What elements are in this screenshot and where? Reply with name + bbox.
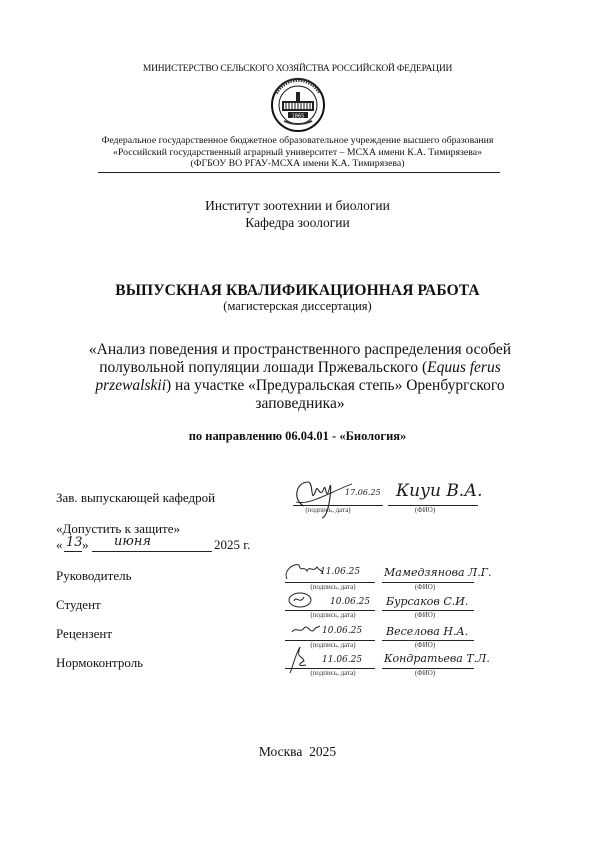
admit-month: июня [114, 534, 151, 549]
admit-month-line [92, 551, 212, 552]
student-signature-icon [288, 591, 314, 609]
topic-line-4: заповедника» [70, 395, 530, 413]
name-handwritten: Мамедзянова Л.Г. [384, 566, 492, 579]
admit-day-line [64, 551, 82, 552]
department-name: Кафедра зоологии [0, 214, 595, 231]
work-subtitle: (магистерская диссертация) [0, 299, 595, 314]
signature-date: 10.06.25 [330, 597, 370, 607]
species-name-part-1: Equus ferus [427, 359, 501, 376]
institute-block: Институт зоотехнии и биологии Кафедра зо… [0, 197, 595, 231]
role-label: Рецензент [56, 626, 112, 642]
signature-date: 11.06.25 [322, 655, 362, 665]
study-direction: по направлению 06.04.01 - «Биология» [0, 429, 595, 444]
topic-text: ) на участке «Предуральская степь» Оренб… [166, 377, 505, 394]
signature-date: 10.06.25 [322, 626, 362, 636]
role-label: Студент [56, 597, 101, 613]
head-signature-caption: (подпись, дата) [293, 506, 363, 514]
signature-caption: (подпись, дата) [298, 583, 368, 591]
work-title: ВЫПУСКНАЯ КВАЛИФИКАЦИОННАЯ РАБОТА [0, 282, 595, 300]
role-label: Руководитель [56, 568, 132, 584]
head-signature-date: 17.06.25 [345, 488, 381, 497]
admit-day: 13 [66, 535, 83, 550]
org-line-abbreviation: (ФГБОУ ВО РГАУ-МСХА имени К.А. Тимирязев… [0, 158, 595, 170]
role-label: Нормоконтроль [56, 655, 143, 671]
reviewer-signature-icon [290, 622, 320, 638]
quote-open: « [56, 537, 63, 552]
head-name-caption: (ФИО) [405, 506, 445, 514]
org-line-university: «Российский государственный аграрный уни… [0, 147, 595, 159]
name-caption: (ФИО) [410, 611, 440, 619]
name-handwritten: Бурсаков С.И. [386, 595, 468, 608]
thesis-topic: «Анализ поведения и пространственного ра… [70, 341, 530, 413]
admit-year: 2025 г. [214, 537, 250, 553]
svg-text:1865: 1865 [292, 114, 305, 120]
admit-date-line: « 13 » июня 2025 г. [56, 537, 276, 553]
name-handwritten: Веселова Н.А. [386, 625, 468, 638]
quote-close: » [82, 537, 89, 553]
topic-line-1: «Анализ поведения и пространственного ра… [70, 341, 530, 359]
signature-caption: (подпись, дата) [298, 669, 368, 677]
signature-caption: (подпись, дата) [298, 611, 368, 619]
city-year: Москва 2025 [0, 744, 595, 760]
topic-line-3: przewalskii) на участке «Предуральская с… [70, 377, 530, 395]
name-caption: (ФИО) [410, 669, 440, 677]
topic-text: полувольной популяции лошади Пржевальско… [99, 359, 427, 376]
supervisor-signature-icon [283, 561, 323, 583]
topic-line-2: полувольной популяции лошади Пржевальско… [70, 359, 530, 377]
university-emblem-icon: 1865 [260, 77, 336, 133]
name-caption: (ФИО) [410, 641, 440, 649]
header-divider [98, 172, 500, 173]
head-of-department-label: Зав. выпускающей кафедрой [56, 490, 215, 506]
signature-date: 11.06.25 [320, 567, 360, 577]
ministry-heading: МИНИСТЕРСТВО СЕЛЬСКОГО ХОЗЯЙСТВА РОССИЙС… [0, 64, 595, 74]
name-handwritten: Кондратьева Т.Л. [384, 652, 490, 665]
head-name-handwritten: Киуи В.А. [396, 481, 483, 501]
org-line-full-name: Федеральное государственное бюджетное об… [0, 135, 595, 147]
institute-name: Институт зоотехнии и биологии [0, 197, 595, 214]
species-name-part-2: przewalskii [95, 377, 166, 394]
name-caption: (ФИО) [410, 583, 440, 591]
organization-block: Федеральное государственное бюджетное об… [0, 135, 595, 170]
